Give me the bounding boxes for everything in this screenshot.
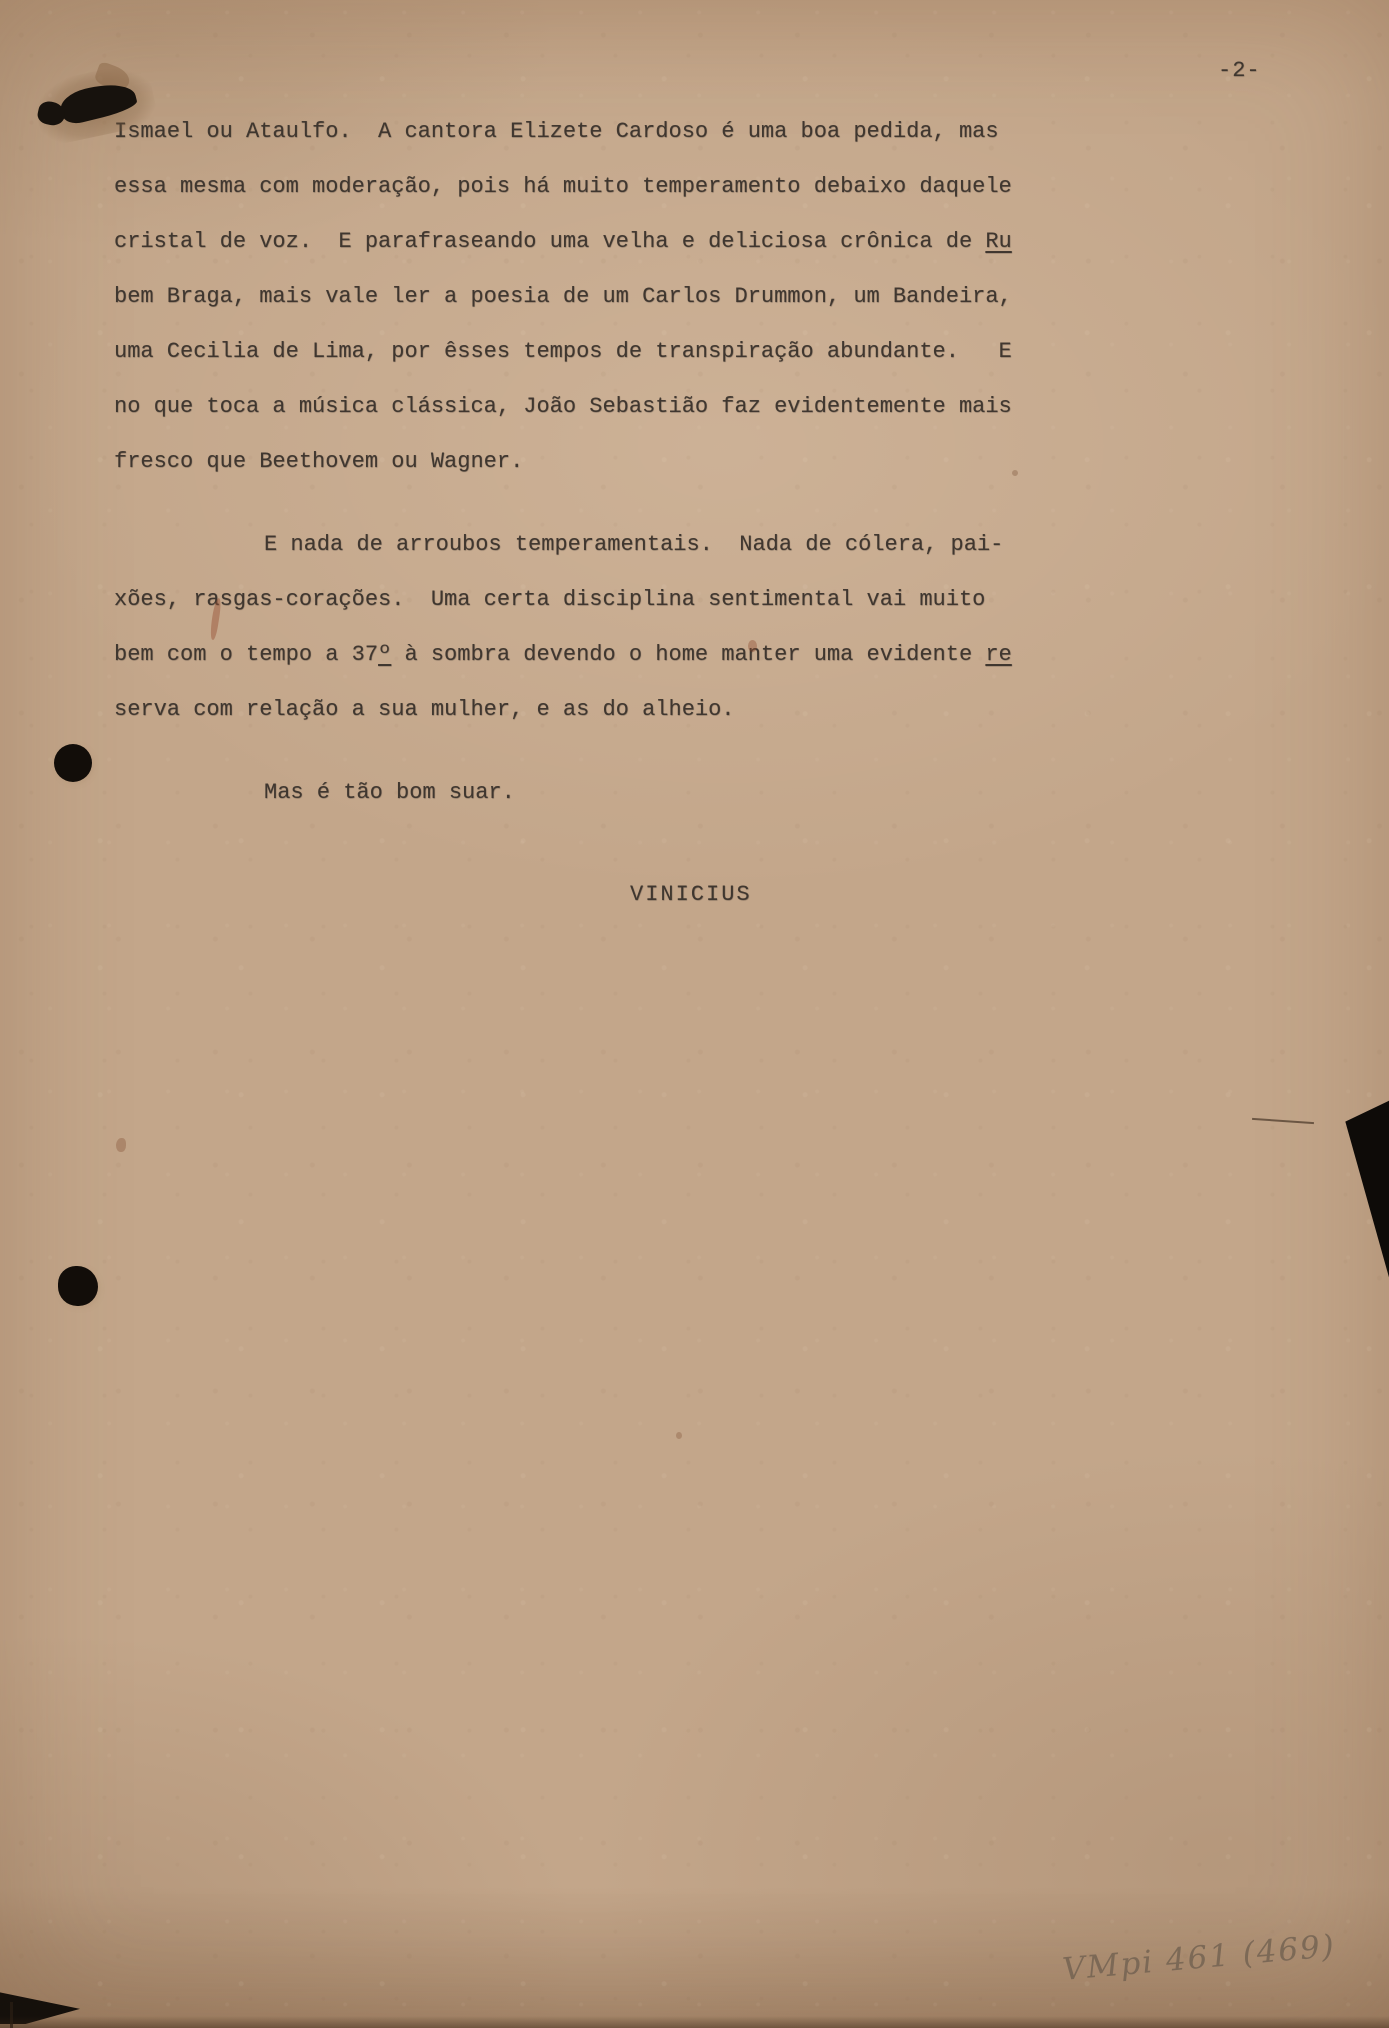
typed-line: serva com relação a sua mulher, e as do …	[114, 682, 1034, 737]
text-segment: bem com o tempo a 37	[114, 642, 378, 667]
text-segment: cristal de voz. E parafraseando uma velh…	[114, 229, 985, 254]
text-segment: serva com relação a sua mulher, e as do …	[114, 697, 735, 722]
text-segment: essa mesma com moderação, pois há muito …	[114, 174, 1012, 199]
paragraph: E nada de arroubos temperamentais. Nada …	[114, 517, 1034, 737]
text-segment: bem Braga, mais vale ler a poesia de um …	[114, 284, 1012, 309]
typescript-page: -2- Ismael ou Ataulfo. A cantora Elizete…	[0, 0, 1389, 2028]
text-segment: Ismael ou Ataulfo. A cantora Elizete Car…	[114, 119, 999, 144]
paragraph: Ismael ou Ataulfo. A cantora Elizete Car…	[114, 104, 1034, 489]
typed-line: bem com o tempo a 37º à sombra devendo o…	[114, 627, 1034, 682]
typed-line: E nada de arroubos temperamentais. Nada …	[114, 517, 1034, 572]
paper-stain	[676, 1432, 682, 1439]
typed-line: cristal de voz. E parafraseando uma velh…	[114, 214, 1034, 269]
handwritten-archive-note: VMpi 461 (469)	[1061, 1924, 1383, 1988]
underlined-text-segment: Ru	[985, 229, 1011, 254]
text-segment: fresco que Beethovem ou Wagner.	[114, 449, 523, 474]
typed-text-block: Ismael ou Ataulfo. A cantora Elizete Car…	[114, 104, 1034, 820]
typed-line: Ismael ou Ataulfo. A cantora Elizete Car…	[114, 104, 1034, 159]
text-segment: uma Cecilia de Lima, por êsses tempos de…	[114, 339, 1012, 364]
text-segment: no que toca a música clássica, João Seba…	[114, 394, 1012, 419]
text-segment: à sombra devendo o home manter uma evide…	[391, 642, 985, 667]
bottom-scan-shadow	[0, 2016, 1389, 2028]
text-segment: xões, rasgas-corações. Uma certa discipl…	[114, 587, 985, 612]
paragraph: Mas é tão bom suar.	[114, 765, 1034, 820]
typed-line: essa mesma com moderação, pois há muito …	[114, 159, 1034, 214]
typed-line: uma Cecilia de Lima, por êsses tempos de…	[114, 324, 1034, 379]
signature: VINICIUS	[630, 882, 752, 907]
punch-hole-upper	[54, 744, 92, 782]
typed-line: Mas é tão bom suar.	[114, 765, 1034, 820]
typed-line: fresco que Beethovem ou Wagner.	[114, 434, 1034, 489]
right-edge-crack	[1252, 1118, 1314, 1124]
punch-hole-lower	[58, 1266, 98, 1306]
text-segment: Mas é tão bom suar.	[264, 780, 515, 805]
text-segment: E nada de arroubos temperamentais. Nada …	[264, 532, 1003, 557]
typed-line: no que toca a música clássica, João Seba…	[114, 379, 1034, 434]
underlined-text-segment: º	[378, 642, 391, 667]
paper-stain	[116, 1138, 126, 1152]
page-number: -2-	[1218, 58, 1261, 83]
typed-line: bem Braga, mais vale ler a poesia de um …	[114, 269, 1034, 324]
underlined-text-segment: re	[985, 642, 1011, 667]
typed-line: xões, rasgas-corações. Uma certa discipl…	[114, 572, 1034, 627]
